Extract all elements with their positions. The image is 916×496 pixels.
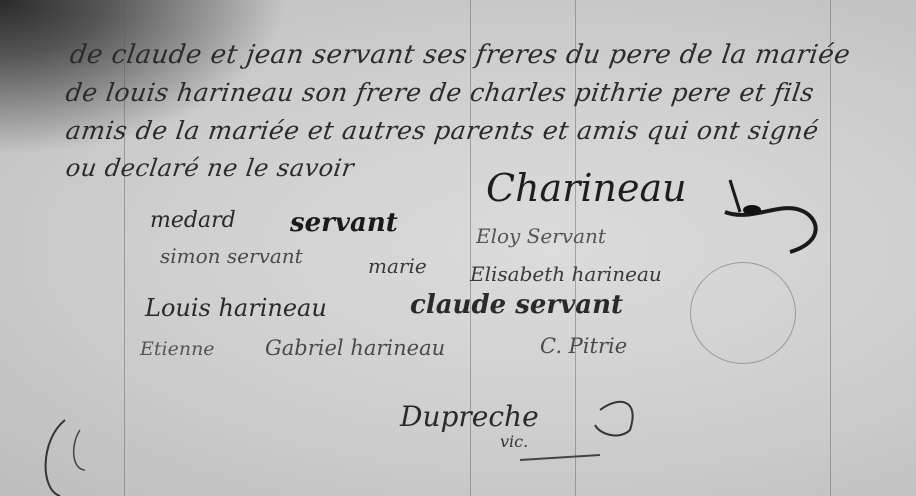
document-page: de claude et jean servant ses freres du … [0,0,916,496]
ink-flourishes-icon [0,0,916,496]
